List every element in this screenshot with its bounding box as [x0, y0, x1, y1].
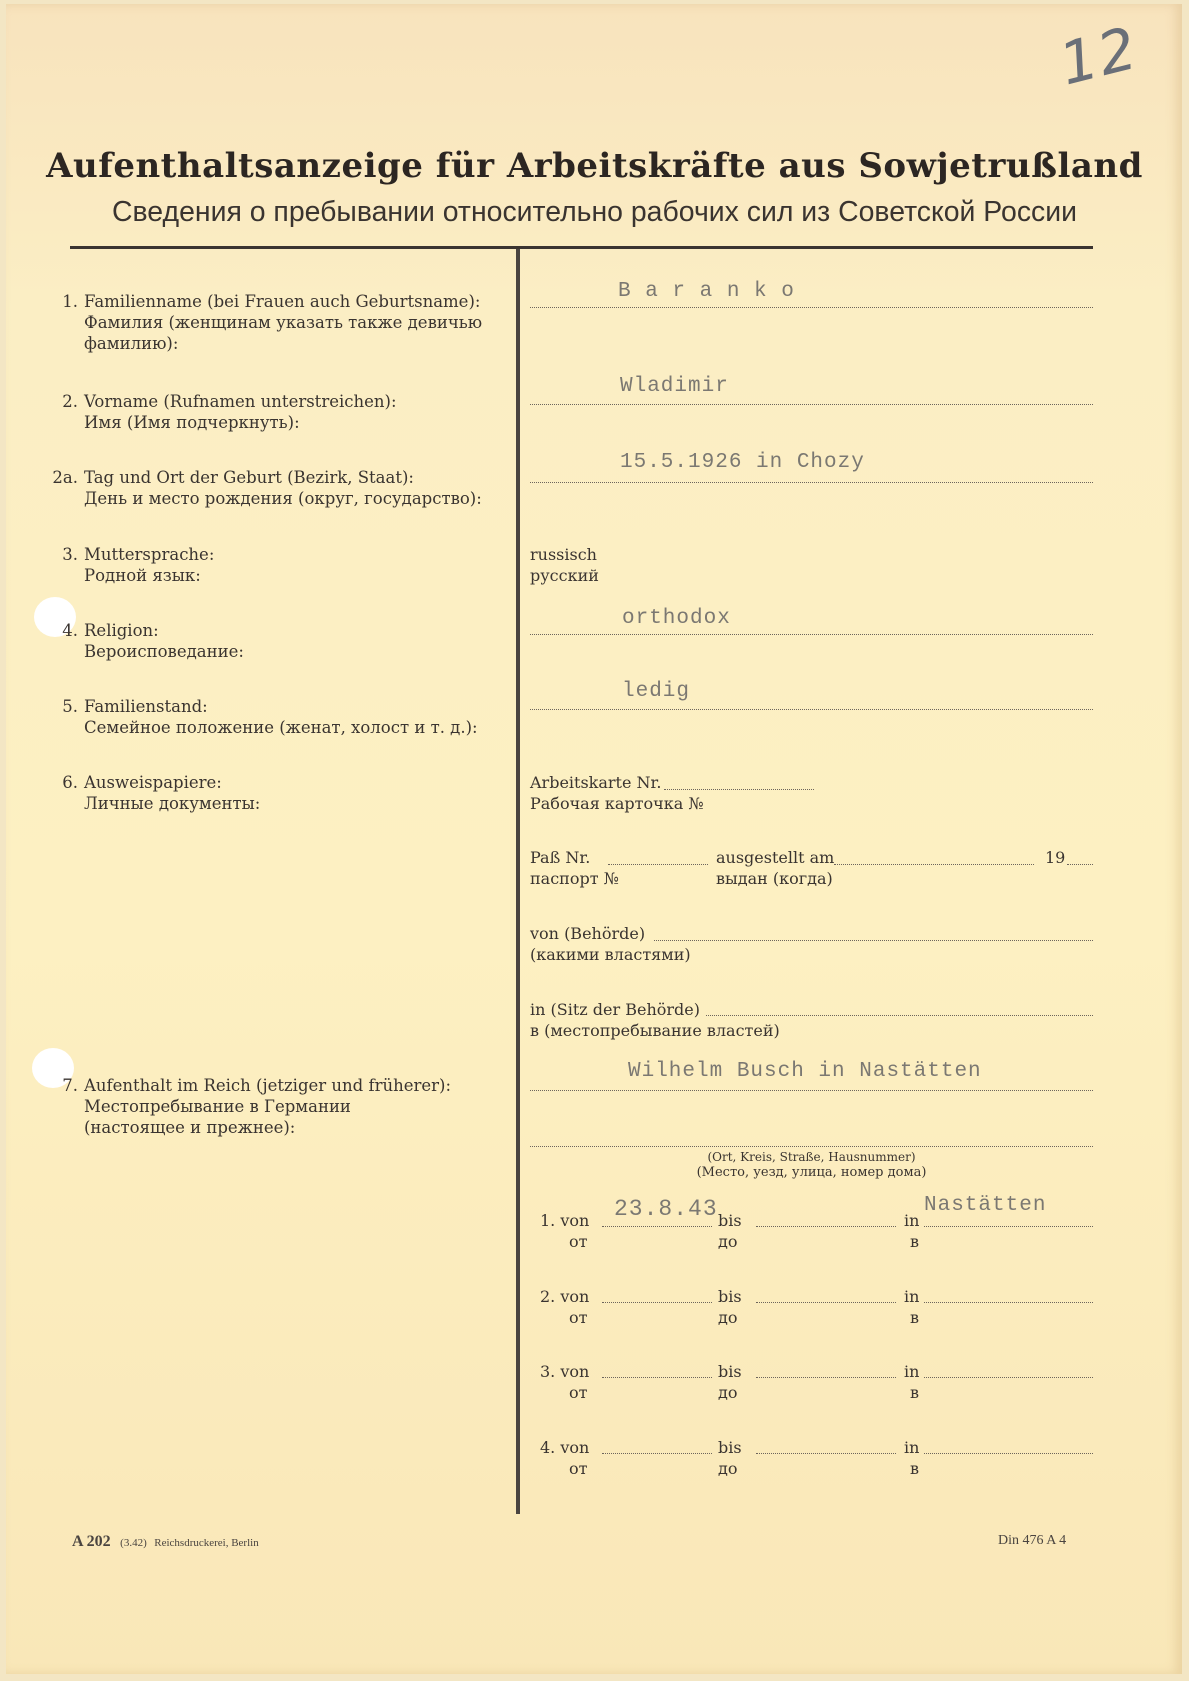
stay-1-in-line	[924, 1226, 1093, 1227]
field-1-value-family-name[interactable]: B a r a n k o	[618, 280, 795, 303]
stay-3-von-line[interactable]	[602, 1377, 712, 1378]
field-2-value-first-name[interactable]: Wladimir	[620, 375, 729, 398]
field-7-line-2[interactable]	[530, 1146, 1093, 1147]
din-format: Din 476 A 4	[998, 1533, 1066, 1549]
field-7-label: 7.Aufenthalt im Reich (jetziger und früh…	[48, 1075, 451, 1138]
field-5-value-marital-status[interactable]: ledig	[622, 680, 690, 703]
pass-label: Paß Nr. паспорт №	[530, 847, 619, 889]
pass-number-line[interactable]	[608, 864, 708, 865]
field-3-value-mother-tongue: russisch русский	[530, 544, 599, 586]
address-hint: (Ort, Kreis, Straße, Hausnummer) (Место,…	[530, 1150, 1093, 1180]
field-2a-line	[530, 482, 1093, 483]
ausgestellt-label: ausgestellt am выдан (когда)	[716, 847, 834, 889]
stay-1-bis-line[interactable]	[756, 1226, 896, 1227]
stay-4-in-line[interactable]	[924, 1453, 1093, 1454]
field-4-label: 4.Religion: Вероисповедание:	[48, 620, 244, 662]
field-4-line	[530, 634, 1093, 635]
stay-3-in-line[interactable]	[924, 1377, 1093, 1378]
field-2a-value-birth[interactable]: 15.5.1926 in Chozy	[620, 451, 865, 474]
form-imprint: A 202 (3.42) Reichsdruckerei, Berlin	[72, 1533, 259, 1551]
stay-2-in-line[interactable]	[924, 1302, 1093, 1303]
document-page	[6, 4, 1182, 1674]
sitz-label: in (Sitz der Behörde) в (местопребывание…	[530, 999, 780, 1041]
column-divider	[516, 249, 520, 1514]
field-5-label: 5.Familienstand: Семейное положение (жен…	[48, 696, 478, 738]
behoerde-line[interactable]	[654, 940, 1093, 941]
stay-1-von-line	[602, 1226, 712, 1227]
field-7-line-1	[530, 1090, 1093, 1091]
title-german: Aufenthaltsanzeige für Arbeitskräfte aus…	[0, 146, 1189, 186]
issued-date-line[interactable]	[834, 864, 1034, 865]
field-2-line	[530, 404, 1093, 405]
field-2-label: 2.Vorname (Rufnamen unterstreichen): Имя…	[48, 391, 397, 433]
header-rule	[70, 246, 1093, 249]
stay-2-von-line[interactable]	[602, 1302, 712, 1303]
stay-2-bis-line[interactable]	[756, 1302, 896, 1303]
stay-1-von-value[interactable]: 23.8.43	[614, 1196, 718, 1222]
field-5-line	[530, 709, 1093, 710]
arbeitskarte-label: Arbeitskarte Nr. Рабочая карточка №	[530, 772, 703, 814]
year-prefix: 19	[1045, 847, 1065, 868]
field-3-label: 3.Muttersprache: Родной язык:	[48, 544, 214, 586]
stay-4-bis-line[interactable]	[756, 1453, 896, 1454]
title-russian: Сведения о пребывании относительно рабоч…	[12, 196, 1177, 229]
field-4-value-religion[interactable]: orthodox	[622, 607, 731, 630]
stay-4-von-line[interactable]	[602, 1453, 712, 1454]
stay-1-in-value[interactable]: Nastätten	[924, 1194, 1046, 1217]
stay-3-bis-line[interactable]	[756, 1377, 896, 1378]
field-6-label: 6.Ausweispapiere: Личные документы:	[48, 772, 260, 814]
field-7-value-residence[interactable]: Wilhelm Busch in Nastätten	[628, 1060, 982, 1083]
field-2a-label: 2a.Tag und Ort der Geburt (Bezirk, Staat…	[48, 467, 482, 509]
issued-year-line[interactable]	[1067, 864, 1093, 865]
field-1-line	[530, 307, 1093, 308]
sitz-line[interactable]	[706, 1015, 1093, 1016]
field-1-label: 1.Familienname (bei Frauen auch Geburtsn…	[48, 291, 482, 354]
behoerde-label: von (Behörde) (какими властями)	[530, 923, 691, 965]
arbeitskarte-line[interactable]	[664, 789, 814, 790]
